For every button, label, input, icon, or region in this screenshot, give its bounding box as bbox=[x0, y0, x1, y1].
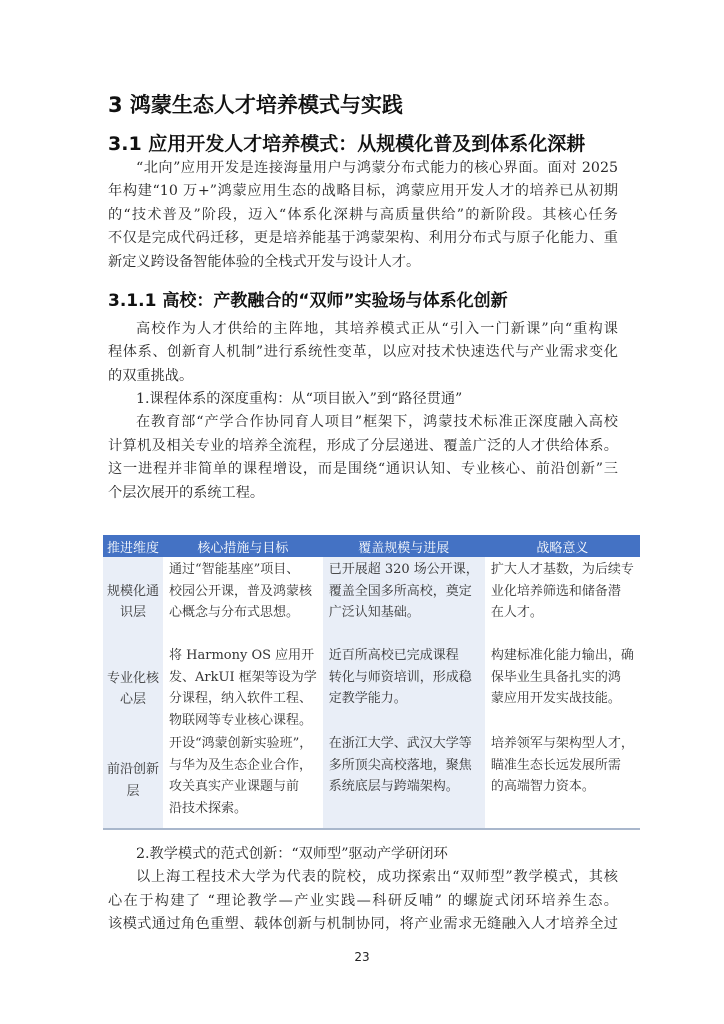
header-meaning: 战略意义 bbox=[485, 535, 640, 557]
paragraph-line: 这一进程并非简单的课程增设，而是围绕“通识认知、专业核心、前沿创新”三 bbox=[108, 458, 618, 481]
page-number: 23 bbox=[0, 950, 724, 964]
table-row: 专业化核 心层 将 Harmony OS 应用开 发、ArkUI 框架等设为学 … bbox=[103, 645, 640, 733]
paragraph-line: 以上海工程技术大学为代表的院校，成功探索出“双师型”教学模式，其核 bbox=[108, 866, 618, 889]
paragraph-line: 新定义跨设备智能体验的全栈式开发与设计人才。 bbox=[108, 251, 618, 274]
intro-paragraph: 高校作为人才供给的主阵地，其培养模式正从“引入一门新课”向“重构课 程体系、创新… bbox=[108, 318, 618, 388]
paragraph-line: 的双重挑战。 bbox=[108, 365, 618, 388]
paragraph-line: 不仅是完成代码迁移，更是培养能基于鸿蒙架构、利用分布式与原子化能力、重 bbox=[108, 227, 618, 250]
cell-measures: 将 Harmony OS 应用开 发、ArkUI 框架等设为学 分课程，纳入软件… bbox=[163, 645, 323, 733]
paragraph-line: 个层次展开的系统工程。 bbox=[108, 482, 618, 505]
cell-meaning: 构建标准化能力输出，确 保毕业生具备扎实的鸿 蒙应用开发实战技能。 bbox=[485, 645, 640, 733]
paragraph-line: “北向”应用开发是连接海量用户与鸿蒙分布式能力的核心界面。面对 2025 bbox=[108, 157, 618, 180]
header-measures: 核心措施与目标 bbox=[163, 535, 323, 557]
point2-title: 2.教学模式的范式创新：“双师型”驱动产学研闭环 bbox=[108, 843, 618, 866]
cell-measures: 通过“智能基座”项目、 校园公开课，普及鸿蒙核 心概念与分布式思想。 bbox=[163, 557, 323, 645]
table-row: 前沿创新 层 开设“鸿蒙创新实验班”， 与华为及生态企业合作， 攻关真实产业课题… bbox=[103, 733, 640, 829]
paragraph-line: 程体系、创新育人机制”进行系统性变革，以应对技术快速迭代与产业需求变化 bbox=[108, 341, 618, 364]
subsection-paragraph: “北向”应用开发是连接海量用户与鸿蒙分布式能力的核心界面。面对 2025 年构建… bbox=[108, 157, 618, 274]
cell-meaning: 培养领军与架构型人才， 瞄准生态长远发展所需 的高端智力资本。 bbox=[485, 733, 640, 829]
paragraph-line: 计算机及相关专业的培养全流程，形成了分层递进、覆盖广泛的人才供给体系。 bbox=[108, 435, 618, 458]
table-header-row: 推进维度 核心措施与目标 覆盖规模与进展 战略意义 bbox=[103, 535, 640, 557]
header-coverage: 覆盖规模与进展 bbox=[323, 535, 485, 557]
talent-layers-table: 推进维度 核心措施与目标 覆盖规模与进展 战略意义 规模化通 识层 通过“智能基… bbox=[103, 535, 640, 830]
cell-dimension: 前沿创新 层 bbox=[103, 733, 163, 829]
paragraph-line: 的“技术普及”阶段，迈入“体系化深耕与高质量供给”的新阶段。其核心任务 bbox=[108, 204, 618, 227]
paragraph-line: 高校作为人才供给的主阵地，其培养模式正从“引入一门新课”向“重构课 bbox=[108, 318, 618, 341]
subsection-heading: 3.1 应用开发人才培养模式：从规模化普及到体系化深耕 bbox=[108, 131, 585, 157]
point1-section: 1.课程体系的深度重构：从“项目嵌入”到“路径贯通” 在教育部“产学合作协同育人… bbox=[108, 388, 618, 505]
cell-coverage: 在浙江大学、武汉大学等 多所顶尖高校落地，聚焦 系统底层与跨端架构。 bbox=[323, 733, 485, 829]
cell-coverage: 已开展超 320 场公开课， 覆盖全国多所高校，奠定 广泛认知基础。 bbox=[323, 557, 485, 645]
cell-meaning: 扩大人才基数，为后续专 业化培养筛选和储备潜 在人才。 bbox=[485, 557, 640, 645]
cell-dimension: 规模化通 识层 bbox=[103, 557, 163, 645]
point1-title: 1.课程体系的深度重构：从“项目嵌入”到“路径贯通” bbox=[108, 388, 618, 411]
header-dimension: 推进维度 bbox=[103, 535, 163, 557]
table-row: 规模化通 识层 通过“智能基座”项目、 校园公开课，普及鸿蒙核 心概念与分布式思… bbox=[103, 557, 640, 645]
point2-section: 2.教学模式的范式创新：“双师型”驱动产学研闭环 以上海工程技术大学为代表的院校… bbox=[108, 843, 618, 937]
paragraph-line: 在教育部“产学合作协同育人项目”框架下，鸿蒙技术标准正深度融入高校 bbox=[108, 411, 618, 434]
cell-dimension: 专业化核 心层 bbox=[103, 645, 163, 733]
paragraph-line: 心在于构建了 “理论教学—产业实践—科研反哺” 的螺旋式闭环培养生态。 bbox=[108, 890, 618, 913]
section-heading: 3 鸿蒙生态人才培养模式与实践 bbox=[108, 91, 403, 119]
document-page: 3 鸿蒙生态人才培养模式与实践 3.1 应用开发人才培养模式：从规模化普及到体系… bbox=[0, 0, 724, 1024]
paragraph-line: 年构建“10 万+”鸿蒙应用生态的战略目标，鸿蒙应用开发人才的培养已从初期 bbox=[108, 180, 618, 203]
cell-coverage: 近百所高校已完成课程 转化与师资培训，形成稳 定教学能力。 bbox=[323, 645, 485, 733]
paragraph-line: 该模式通过角色重塑、载体创新与机制协同，将产业需求无缝融入人才培养全过 bbox=[108, 913, 618, 936]
subsubsection-heading: 3.1.1 高校：产教融合的“双师”实验场与体系化创新 bbox=[108, 289, 508, 313]
cell-measures: 开设“鸿蒙创新实验班”， 与华为及生态企业合作， 攻关真实产业课题与前 沿技术探… bbox=[163, 733, 323, 829]
